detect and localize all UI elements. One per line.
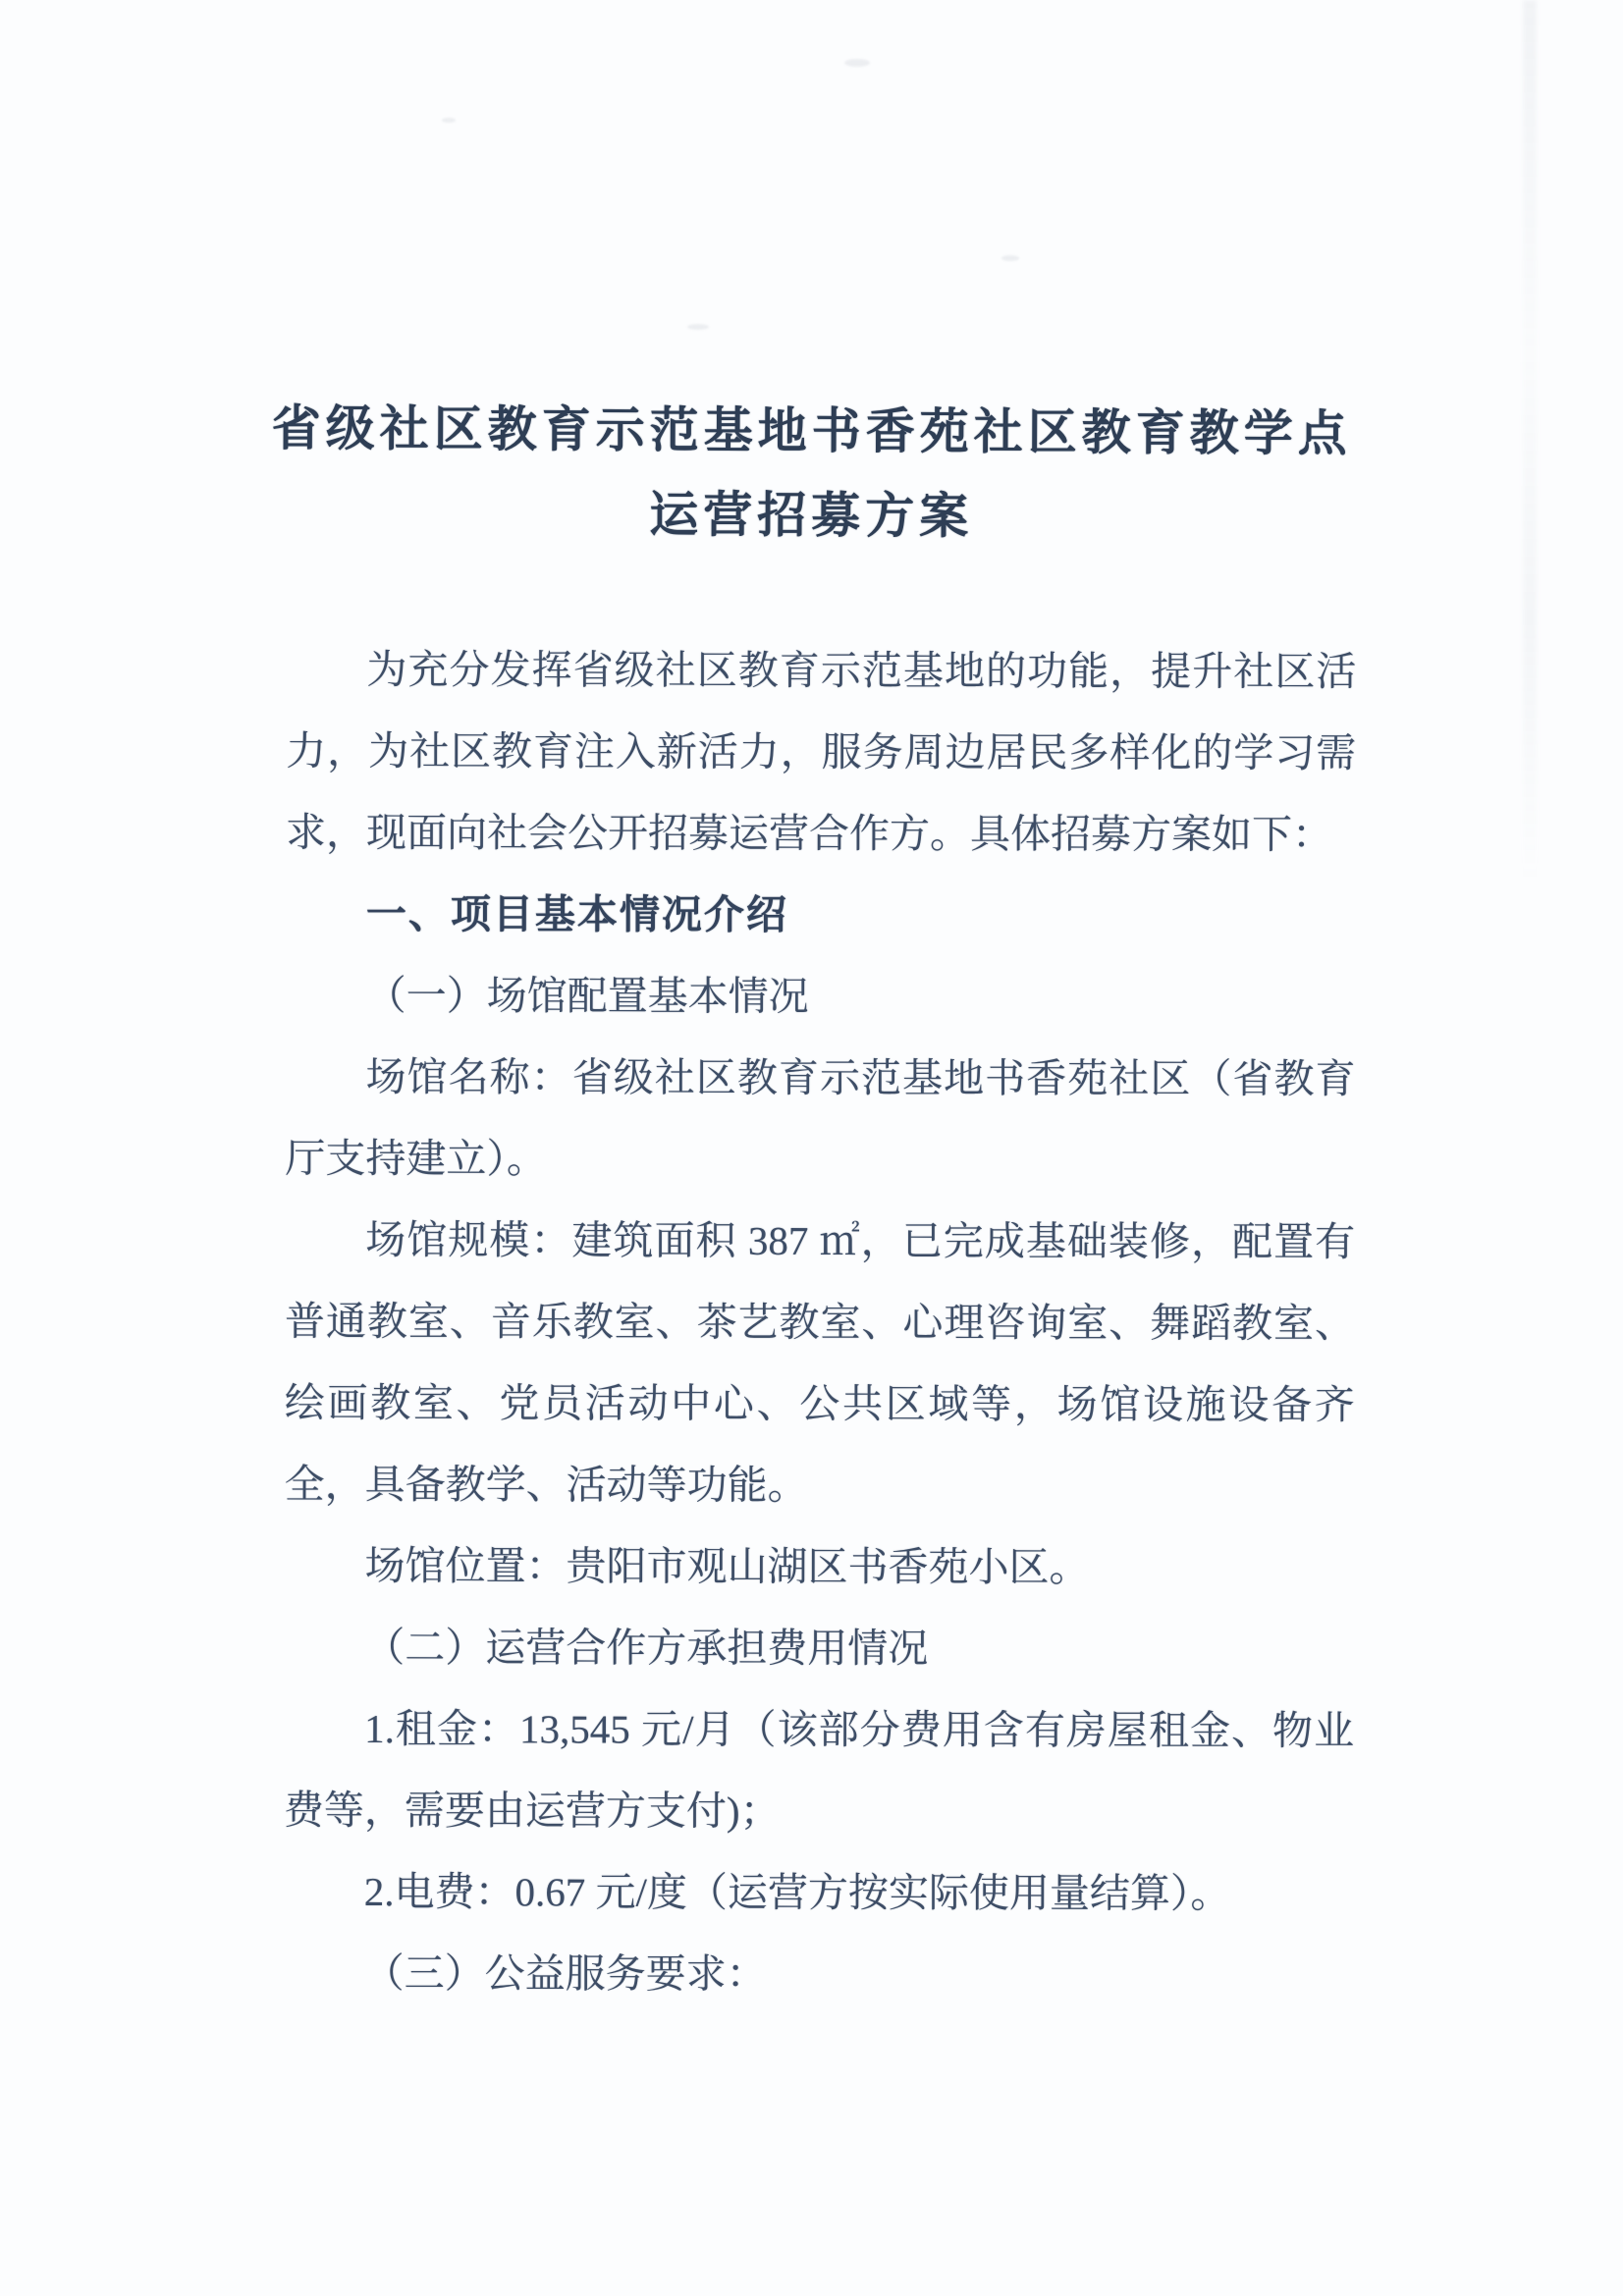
document-body: 为充分发挥省级社区教育示范基地的功能，提升社区活力，为社区教育注入新活力，服务周…	[284, 629, 1357, 2016]
intro-paragraph: 为充分发挥省级社区教育示范基地的功能，提升社区活力，为社区教育注入新活力，服务周…	[286, 629, 1357, 876]
scan-speckle	[442, 118, 456, 123]
subsection-2-heading: （二）运营合作方承担费用情况	[284, 1607, 1354, 1690]
subsection-3-heading: （三）公益服务要求：	[284, 1933, 1354, 2016]
scan-speckle	[844, 59, 870, 67]
scan-speckle	[687, 324, 709, 330]
rent-fee-item: 1.租金：13,545 元/月（该部分费用含有房屋租金、物业费等，需要由运营方支…	[284, 1688, 1354, 1853]
venue-scale-paragraph: 场馆规模：建筑面积 387 ㎡，已完成基础装修，配置有普通教室、音乐教室、茶艺教…	[285, 1200, 1356, 1527]
scan-speckle	[1001, 255, 1019, 261]
document-title-line-2: 运营招募方案	[0, 469, 1623, 562]
venue-location-paragraph: 场馆位置：贵阳市观山湖区书香苑小区。	[284, 1525, 1354, 1609]
scanned-document-page: 省级社区教育示范基地书香苑社区教育教学点 运营招募方案 为充分发挥省级社区教育示…	[0, 0, 1623, 2296]
electricity-fee-item: 2.电费：0.67 元/度（运营方按实际使用量结算）。	[284, 1851, 1354, 1935]
subsection-1-heading: （一）场馆配置基本情况	[286, 955, 1356, 1039]
document-title: 省级社区教育示范基地书香苑社区教育教学点 运营招募方案	[0, 385, 1623, 562]
section-1-heading: 一、项目基本情况介绍	[286, 874, 1356, 957]
document-title-line-1: 省级社区教育示范基地书香苑社区教育教学点	[0, 385, 1623, 478]
venue-name-paragraph: 场馆名称：省级社区教育示范基地书香苑社区（省教育厅支持建立）。	[285, 1037, 1355, 1201]
